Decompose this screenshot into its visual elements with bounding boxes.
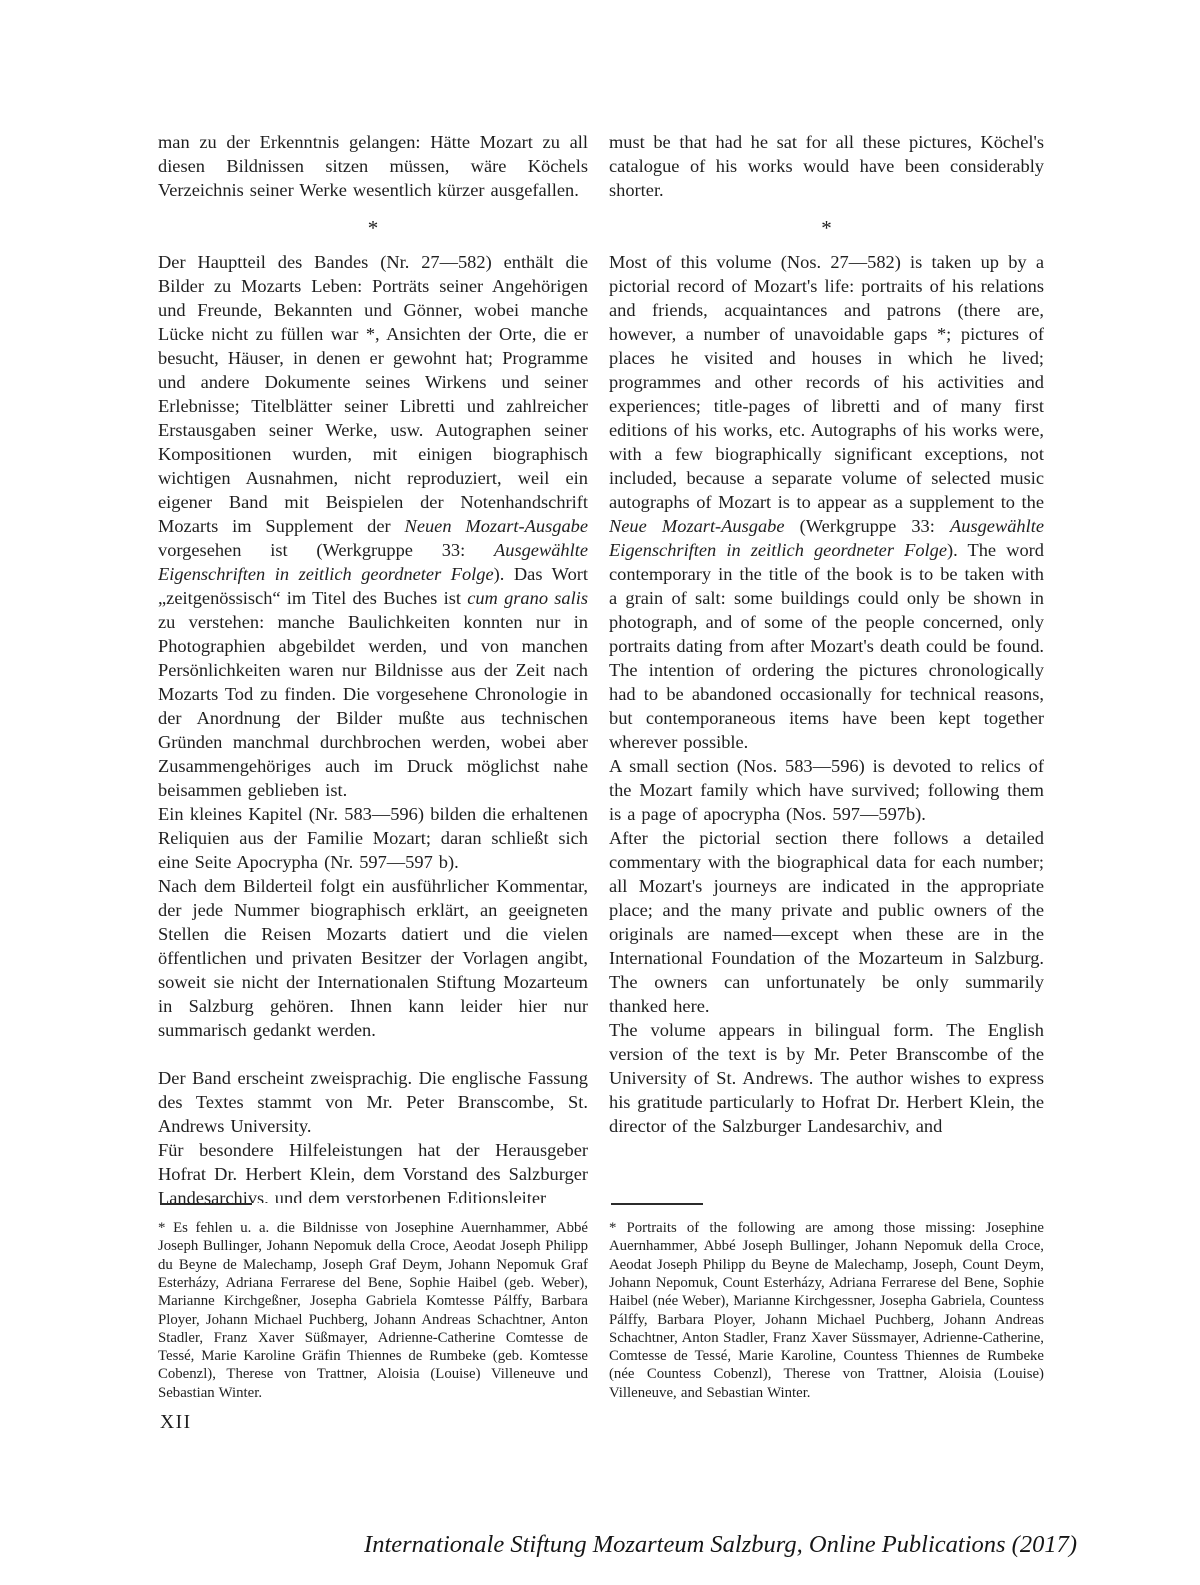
german-column: man zu der Erkenntnis gelangen: Hätte Mo… bbox=[158, 130, 588, 1402]
asterisk-separator: * bbox=[609, 216, 1044, 240]
english-footnote: * Portraits of the following are among t… bbox=[609, 1219, 1044, 1402]
german-intro-paragraph: man zu der Erkenntnis gelangen: Hätte Mo… bbox=[158, 130, 588, 202]
german-paragraph-commentary: Nach dem Bilderteil folgt ein ausführlic… bbox=[158, 874, 588, 1042]
german-paragraph-relics: Ein kleines Kapitel (Nr. 583—596) bilden… bbox=[158, 802, 588, 874]
footnote-rule bbox=[160, 1203, 252, 1205]
book-page: man zu der Erkenntnis gelangen: Hätte Mo… bbox=[0, 0, 1200, 1585]
english-paragraph-bilingual: The volume appears in bilingual form. Th… bbox=[609, 1018, 1044, 1138]
page-number: XII bbox=[160, 1412, 192, 1434]
german-paragraph-main: Der Hauptteil des Bandes (Nr. 27—582) en… bbox=[158, 250, 588, 802]
german-paragraph-bilingual: Der Band erscheint zweisprachig. Die eng… bbox=[158, 1066, 588, 1138]
publication-footer: Internationale Stiftung Mozarteum Salzbu… bbox=[364, 1531, 1077, 1559]
german-paragraph-thanks: Für besondere Hilfeleistungen hat der He… bbox=[158, 1138, 588, 1210]
english-column: must be that had he sat for all these pi… bbox=[609, 130, 1044, 1402]
english-paragraph-relics: A small section (Nos. 583—596) is devote… bbox=[609, 754, 1044, 826]
english-intro-paragraph: must be that had he sat for all these pi… bbox=[609, 130, 1044, 202]
english-paragraph-commentary: After the pictorial section there follow… bbox=[609, 826, 1044, 1018]
german-footnote-block: * Es fehlen u. a. die Bildnisse von Jose… bbox=[158, 1203, 588, 1402]
german-footnote: * Es fehlen u. a. die Bildnisse von Jose… bbox=[158, 1219, 588, 1402]
footnote-rule bbox=[611, 1203, 703, 1205]
english-paragraph-main: Most of this volume (Nos. 27—582) is tak… bbox=[609, 250, 1044, 754]
asterisk-separator: * bbox=[158, 216, 588, 240]
english-footnote-block: * Portraits of the following are among t… bbox=[609, 1203, 1044, 1402]
